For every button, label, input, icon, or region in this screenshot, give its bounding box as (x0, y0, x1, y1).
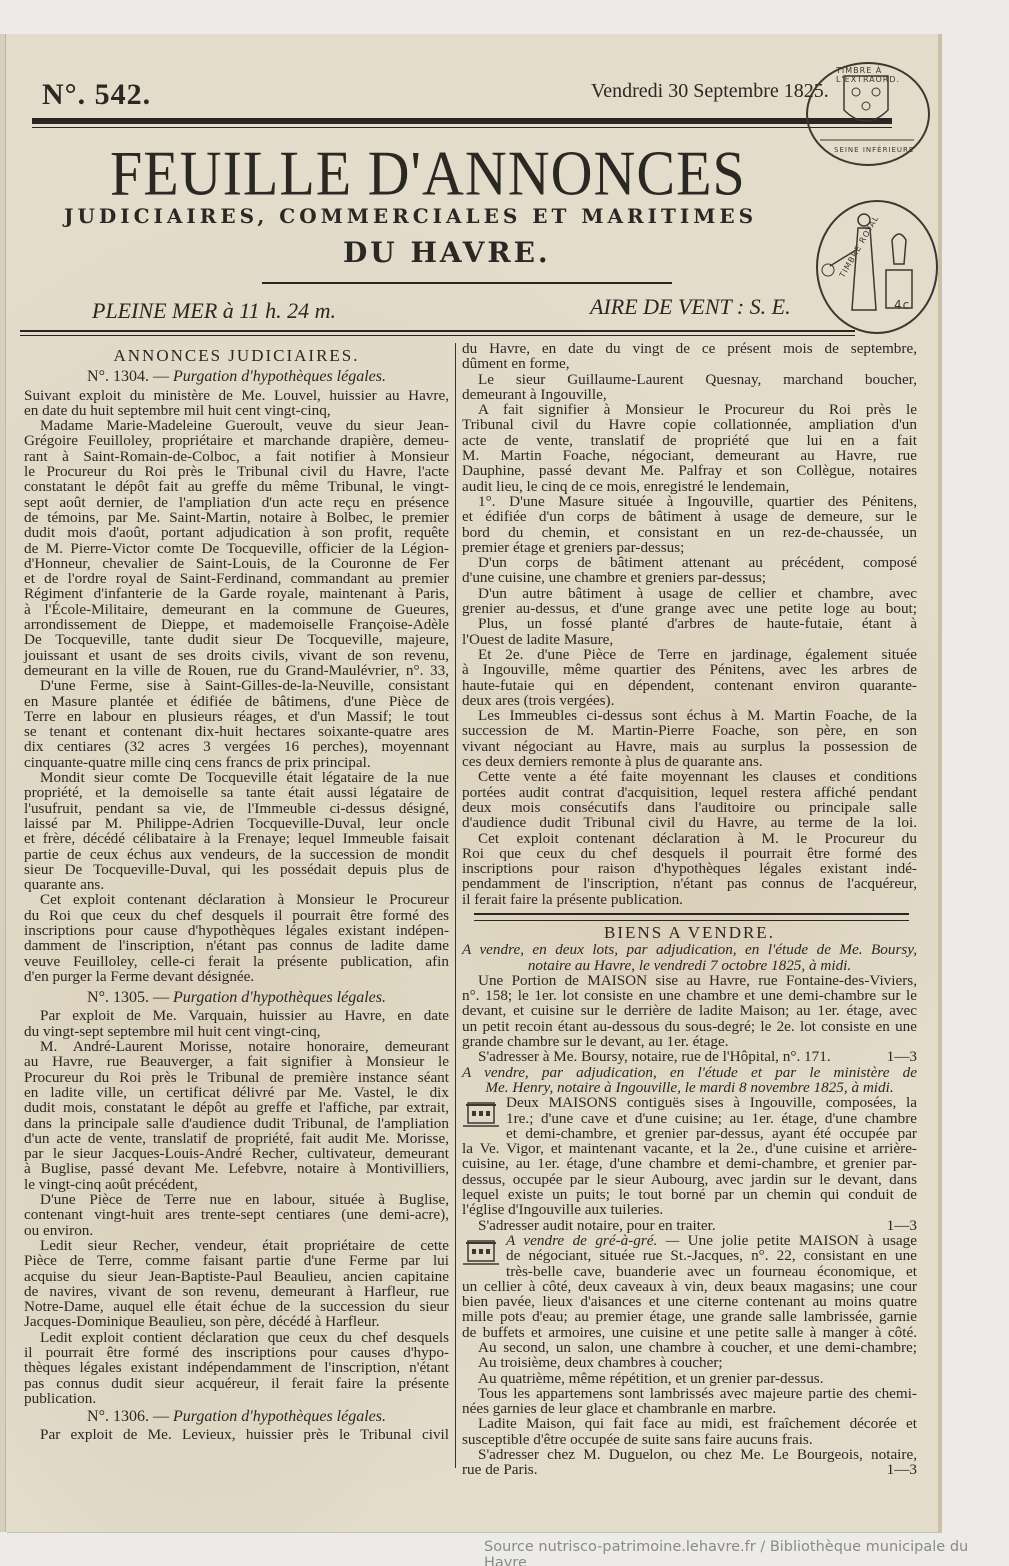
text-line: un petit recoin étant au-dessous du sous… (462, 1019, 917, 1034)
contact-text: S'adresser à Me. Boursy, notaire, rue de… (478, 1048, 831, 1065)
text-line: Régiment d'infanterie de la Garde royale… (24, 586, 449, 601)
wind-info: AIRE DE VENT : S. E. (590, 294, 791, 320)
notice-1305-body: Par exploit de Me. Varquain, huissier au… (24, 1008, 449, 1406)
text-line: Grégoire Feuilloley, propriétaire et mar… (24, 433, 449, 448)
text-line: le vingt-cinq août précédent, (24, 1177, 449, 1192)
text-line: sieur De Tocqueville-Duval, qui les poss… (24, 862, 449, 877)
text-line: partie de ceux échus aux vendeurs, de la… (24, 847, 449, 862)
left-column: ANNONCES JUDICIAIRES. N°. 1304. — Purgat… (24, 344, 449, 1443)
contact-text: rue de Paris. (462, 1461, 538, 1478)
text-line: Procureur du Roi près le Tribunal de pre… (24, 1070, 449, 1085)
text-line: Suivant exploit du ministère de Me. Louv… (24, 388, 449, 403)
text-line: veuve Feuilloley, celle-ci ferait la pré… (24, 954, 449, 969)
text-line: sept août dernier, de l'ampliation d'un … (24, 495, 449, 510)
text-line: Deux MAISONS contiguës sises à Ingouvill… (462, 1095, 917, 1110)
text-line: n°. 158; le 1er. lot consiste en une cha… (462, 988, 917, 1003)
text-line: dans la principale salle d'audience dudi… (24, 1116, 449, 1131)
text-line: demeurant à Ingouville, (462, 387, 917, 402)
notice-header: N°. 1305. — Purgation d'hypothèques léga… (24, 990, 449, 1005)
section-separator (474, 913, 909, 921)
text-line: Cet exploit contenant déclaration à M. l… (462, 831, 917, 846)
text-line: en Masure plantée et édifiée de bâtimens… (24, 694, 449, 709)
text-line: ou environ. (24, 1223, 449, 1238)
notice-1304-body: Suivant exploit du ministère de Me. Louv… (24, 388, 449, 985)
text-line: la Ve. Vigor, et maintenant vacante, et … (462, 1141, 917, 1156)
right-column: du Havre, en date du vingt de ce présent… (462, 341, 917, 1478)
text-line: un cellier à côté, deux caveaux à vin, d… (462, 1279, 917, 1294)
stamp-value: 4c (894, 298, 910, 312)
text-line: inscriptions pour cause d'hypothèques lé… (24, 923, 449, 938)
text-line: Dauphine, passé devant Me. Palfray et so… (462, 463, 917, 478)
text-line: deux ares (trois vergées). (462, 693, 917, 708)
text-line: publication. (24, 1391, 449, 1406)
notice-header: N°. 1306. — Purgation d'hypothèques léga… (24, 1409, 449, 1424)
text-line: Le sieur Guillaume-Laurent Quesnay, marc… (462, 372, 917, 387)
text-line: quarante ans. (24, 877, 449, 892)
text-line: dudit mois, constatant le dépôt au greff… (24, 1100, 449, 1115)
insertion-mark: 1—3 (887, 1218, 917, 1233)
listing-heading: A vendre, par adjudication, en l'étude e… (462, 1065, 917, 1080)
text-line: contenant vingt-huit ares trente-sept ce… (24, 1207, 449, 1222)
text-line: vivant négociant au Havre, mais au surpl… (462, 739, 917, 754)
royal-stamp-seal-icon: TIMBRE ROYAL 4c (816, 200, 938, 334)
text-line: Par exploit de Me. Varquain, huissier au… (24, 1008, 449, 1023)
text-line: de négociant, située rue St.-Jacques, n°… (462, 1248, 917, 1263)
text-line: susceptible d'être occupée de suite sans… (462, 1432, 917, 1447)
text-line: nées garnies de leur glace et chambranle… (462, 1401, 917, 1416)
text-line: l'Ouest de ladite Masure, (462, 632, 917, 647)
text-line: pas connus dudit sieur acquéreur, il fer… (24, 1376, 449, 1391)
text-line: grande chambre sur le devant, au 1er. ét… (462, 1034, 917, 1049)
notice-header: N°. 1304. — Purgation d'hypothèques léga… (24, 369, 449, 384)
text-line: D'une Ferme, sise à Saint-Gilles-de-la-N… (24, 678, 449, 693)
text-line: lequel existe un puits; le tout borné pa… (462, 1187, 917, 1202)
header-rule-thick (20, 330, 855, 332)
text-line: Au troisième, deux chambres à coucher; (462, 1355, 917, 1370)
text-line: de témoins, par Me. Saint-Martin, notair… (24, 510, 449, 525)
stamp-bottom-text: SEINE INFÉRIEURE (834, 146, 914, 154)
masthead-rule-thick (32, 118, 892, 124)
text-line: le Procureur du Roi près le Tribunal civ… (24, 464, 449, 479)
text-line: portées audit contrat d'acquisition, leq… (462, 785, 917, 800)
contact-line: S'adresser à Me. Boursy, notaire, rue de… (462, 1049, 917, 1064)
source-credit: Source nutrisco-patrimoine.lehavre.fr / … (484, 1539, 1009, 1566)
text-line: deux mois consécutifs dans l'auditoire o… (462, 800, 917, 815)
text-line: Par exploit de Me. Levieux, huissier prè… (24, 1427, 449, 1442)
insertion-mark: 1—3 (887, 1462, 917, 1477)
text-line: premier étage et greniers par-dessus; (462, 540, 917, 555)
text-line: très-belle cave, buanderie avec un fourn… (462, 1264, 917, 1279)
text-line: d'une cuisine, une chambre et greniers p… (462, 570, 917, 585)
text-line: il ferait faire la présente publication. (462, 892, 917, 907)
text-line: haute-futaie qui en dépendent, contenant… (462, 678, 917, 693)
text-line: jouissant et usant de ses droits civils,… (24, 648, 449, 663)
newspaper-city: DU HAVRE. (343, 236, 551, 269)
text-line: Les Immeubles ci-dessus sont échus à M. … (462, 708, 917, 723)
text-line: D'un autre bâtiment à usage de cellier e… (462, 586, 917, 601)
text-line: Et 2e. d'une Pièce de Terre en jardinage… (462, 647, 917, 662)
notice-title: Purgation d'hypothèques légales. (173, 1408, 386, 1425)
listing-heading: Me. Henry, notaire à Ingouville, le mard… (462, 1080, 917, 1095)
text-line: acquise du sieur Jean-Baptiste-Paul Beau… (24, 1269, 449, 1284)
text-line: cuisine, au 1er. étage, d'une chambre et… (462, 1156, 917, 1171)
text-line: l'église d'Ingouville aux tuileries. (462, 1202, 917, 1217)
text-line: Ledit sieur Recher, vendeur, était propr… (24, 1238, 449, 1253)
tide-info: PLEINE MER à 11 h. 24 m. (92, 298, 336, 324)
text-line: Plus, un fossé planté d'arbres de haute-… (462, 616, 917, 631)
text-line: et frère, décédé célibataire à la Frenay… (24, 831, 449, 846)
text-line: et demi-chambre, et grenier par-dessus, … (462, 1126, 917, 1141)
text-line: se tenant et contenant dix-huit hectares… (24, 724, 449, 739)
text-line: constatant le dépôt fait au greffe du mê… (24, 479, 449, 494)
text-line: Tribunal civil du Havre copie collationn… (462, 417, 917, 432)
text-line: à Ingouville, même quartier des Pénitens… (462, 662, 917, 677)
text-line: dudit mois d'août, portant adjudication … (24, 525, 449, 540)
text-line: bien pavée, lieux d'aisances et une cite… (462, 1294, 917, 1309)
text-line: Une Portion de MAISON sise au Havre, rue… (462, 973, 917, 988)
text-line: Au second, un salon, une chambre à couch… (462, 1340, 917, 1355)
text-line: mille pots d'eau; au premier étage, une … (462, 1309, 917, 1324)
text-line: Terre en labour en plusieurs réages, et … (24, 709, 449, 724)
text-line: D'un corps de bâtiment attenant au précé… (462, 555, 917, 570)
text-line: demeurant en la ville de Rouen, rue du G… (24, 663, 449, 678)
contact-line: S'adresser audit notaire, pour en traite… (462, 1218, 917, 1233)
text-line: 1°. D'une Masure située à Ingouville, qu… (462, 494, 917, 509)
listing-boursy: A vendre, en deux lots, par adjudication… (462, 942, 917, 1064)
text-line: M. Martin Foache, négociant, demeurant a… (462, 448, 917, 463)
notice-1306-body: Par exploit de Me. Levieux, huissier prè… (24, 1427, 449, 1442)
text-line: pendamment de l'inscription, n'étant pas… (462, 876, 917, 891)
text-line: Mondit sieur comte De Tocqueville était … (24, 770, 449, 785)
text-line: devant, et cuisine sur le derrière de la… (462, 1003, 917, 1018)
text-line: d'en purger la Ferme devant désignée. (24, 969, 449, 984)
text-line: Notre-Dame, auquel elle était échue de l… (24, 1299, 449, 1314)
text-line: d'audience dudit Tribunal civil du Havre… (462, 815, 917, 830)
text-line: d'un acte de vente, translatif de propri… (24, 1131, 449, 1146)
masthead-rule-short (262, 282, 672, 284)
insertion-mark: 1—3 (887, 1049, 917, 1064)
text-line: de M. Pierre-Victor comte De Tocqueville… (24, 541, 449, 556)
text-line: au Havre, rue Beauverger, a fait signifi… (24, 1054, 449, 1069)
tax-stamp-seal-icon: TIMBRE À L'EXTRAORD. SEINE INFÉRIEURE (806, 62, 930, 166)
text-line: de navires, vivant de son revenu, demeur… (24, 1284, 449, 1299)
text-line: Ledit exploit contient déclaration que c… (24, 1330, 449, 1345)
listing-henry: A vendre, par adjudication, en l'étude e… (462, 1065, 917, 1233)
text-line: D'une Pièce de Terre nue en labour, situ… (24, 1192, 449, 1207)
text-line: Cet exploit contenant déclaration à Mons… (24, 892, 449, 907)
newspaper-title: FEUILLE D'ANNONCES (110, 136, 810, 210)
section-title-judicial: ANNONCES JUDICIAIRES. (24, 348, 449, 363)
text-line: du Havre, en date du vingt de ce présent… (462, 341, 917, 356)
text-line: en ladite ville, un certificat délivré p… (24, 1085, 449, 1100)
text-line: et de l'ordre royal de Saint-Ferdinand, … (24, 571, 449, 586)
newspaper-subtitle: JUDICIAIRES, COMMERCIALES ET MARITIMES (64, 204, 757, 228)
listing-heading: A vendre, en deux lots, par adjudication… (462, 942, 917, 957)
text-line: Ladite Maison, qui fait face au midi, es… (462, 1416, 917, 1431)
text-line: du Roi que ceux du chef desquels il pour… (24, 908, 449, 923)
text-line: il pourrait être formé des inscriptions … (24, 1345, 449, 1360)
notice-number: N°. 1304. (87, 368, 149, 385)
section-title-sales: BIENS A VENDRE. (462, 925, 917, 940)
text-line: M. André-Laurent Morisse, notaire honora… (24, 1039, 449, 1054)
text-line: par le sieur Jacques-Louis-André Recher,… (24, 1146, 449, 1161)
text-line: bord du chemin, et consistant en un rez-… (462, 525, 917, 540)
text-line: dûment en forme, (462, 356, 917, 371)
text-line: A fait signifier à Monsieur le Procureur… (462, 402, 917, 417)
text-line: ces deux derniers remonte à plus de quar… (462, 754, 917, 769)
text-line: rant à Saint-Romain-de-Colboc, a fait no… (24, 449, 449, 464)
stamp-top-text: TIMBRE À L'EXTRAORD. (836, 66, 928, 84)
notice-1306-continued: du Havre, en date du vingt de ce présent… (462, 341, 917, 907)
house-icon (462, 1097, 500, 1131)
text-line: Pièce de Terre, comme faisant partie d'u… (24, 1253, 449, 1268)
text-line: propriété, et la demoiselle sa tante éta… (24, 785, 449, 800)
text-line: dix centiares (32 acres 3 vergées 16 per… (24, 739, 449, 754)
listing-gre-a-gre: A vendre de gré-à-gré. — Une jolie petit… (462, 1233, 917, 1478)
listing-heading: notaire au Havre, le vendredi 7 octobre … (462, 958, 917, 973)
text-line: du vingt-sept septembre mil huit cent vi… (24, 1024, 449, 1039)
text-line: en date du huit septembre mil huit cent … (24, 403, 449, 418)
text-line: grenier au-dessus, et d'une grange avec … (462, 601, 917, 616)
text-line: Madame Marie-Madeleine Gueroult, veuve d… (24, 418, 449, 433)
issue-date: Vendredi 30 Septembre 1825. (591, 80, 829, 103)
notice-title: Purgation d'hypothèques légales. (173, 989, 386, 1006)
page-right-edge (938, 34, 942, 1532)
header-rule-thin (20, 335, 855, 336)
text-line: A vendre de gré-à-gré. — Une jolie petit… (462, 1233, 917, 1248)
text-line: cinquante-quatre mille cinq cens francs … (24, 755, 449, 770)
text-line: arrondissement de Dieppe, et mademoisell… (24, 617, 449, 632)
text-line: Tous les appartemens sont lambrissés ave… (462, 1386, 917, 1401)
house-icon (462, 1235, 500, 1269)
column-divider (455, 343, 456, 1468)
text-line: à l'École-Militaire, demeurant en la com… (24, 602, 449, 617)
masthead-rule-thin (32, 127, 892, 128)
contact-line: S'adresser chez M. Duguelon, ou chez Me.… (462, 1447, 917, 1462)
text-line: dessus, occupée par le sieur Aubourg, av… (462, 1172, 917, 1187)
text-line: et édifiée d'un corps de bâtiment à usag… (462, 509, 917, 524)
text-line: 1re.; d'une cave et d'une cuisine; au 1e… (462, 1111, 917, 1126)
issue-number: N°. 542. (42, 78, 151, 112)
text-line: Roi que ceux du chef desquels il pourrai… (462, 846, 917, 861)
contact-line: rue de Paris.1—3 (462, 1462, 917, 1477)
text-line: De Tocqueville, tante dudit sieur De Toc… (24, 632, 449, 647)
text-line: acte de vente, translatif de propriété q… (462, 433, 917, 448)
text-line: audit lieu, le cinq de ce mois, enregist… (462, 479, 917, 494)
text-line: Jacques-Dominique Beaulieu, son père, dé… (24, 1314, 449, 1329)
notice-number: N°. 1306. (87, 1408, 149, 1425)
text-line: de buffets et armoires, une cuisine et u… (462, 1325, 917, 1340)
notice-number: N°. 1305. (87, 989, 149, 1006)
text-line: inscriptions pour raison d'hypothèques l… (462, 861, 917, 876)
text-line: succession de M. Martin-Pierre Foache, s… (462, 723, 917, 738)
text-line: à Buglise, passé devant Me. Lefebvre, no… (24, 1161, 449, 1176)
text-line: laissé par M. Philippe-Adrien Tocquevill… (24, 816, 449, 831)
text-line: l'usufruit, pendant sa vie, de l'Immeubl… (24, 801, 449, 816)
text-line: Cette vente a été faite moyennant les cl… (462, 769, 917, 784)
text-line: d'Honneur, chevalier de Saint-Louis, de … (24, 556, 449, 571)
text-line: Au quatrième, même répétition, et un gre… (462, 1371, 917, 1386)
notice-title: Purgation d'hypothèques légales. (173, 368, 386, 385)
text-line: thèques légales existant indépendamment … (24, 1360, 449, 1375)
text-line: damment de l'inscription, n'étant pas co… (24, 938, 449, 953)
